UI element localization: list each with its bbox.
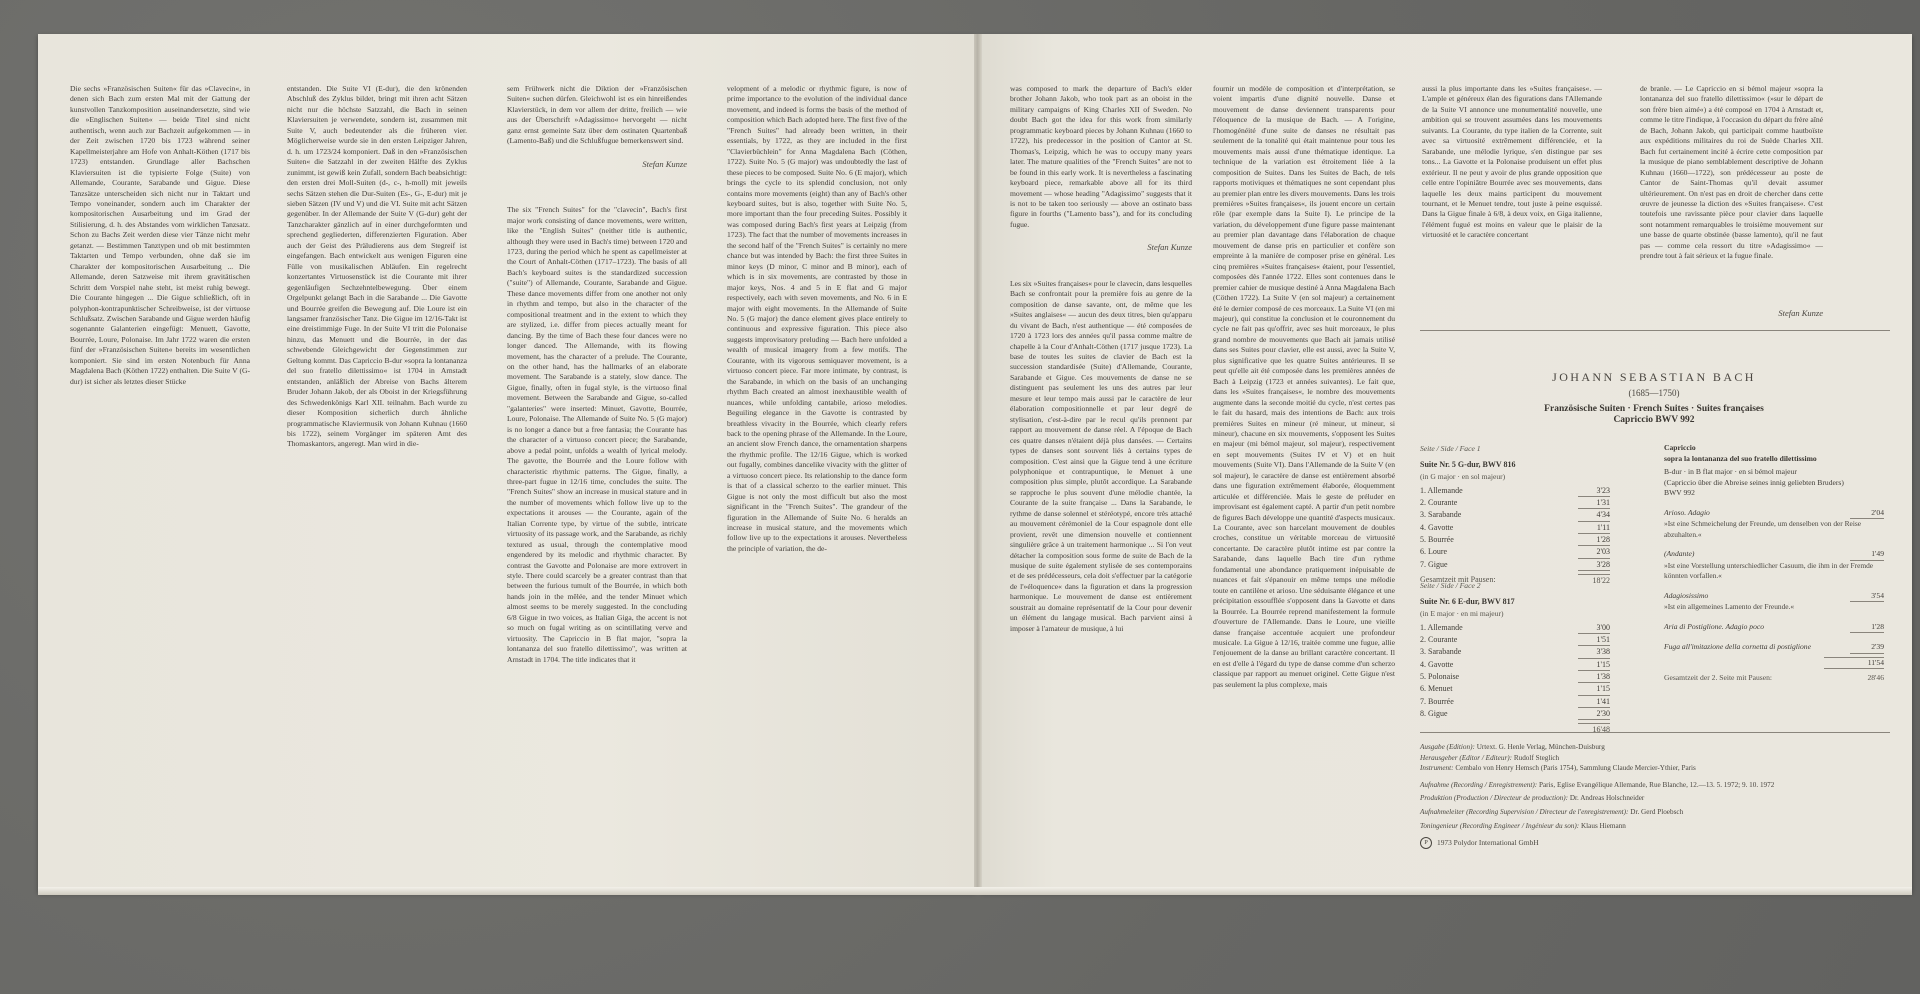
movement-name: Fuga all'imitazione della cornetta di po… — [1664, 642, 1824, 654]
track-row: 2. Courante1'51 — [1420, 634, 1610, 646]
track-row: 3. Sarabande3'38 — [1420, 646, 1610, 658]
side-total-row: 16'48 — [1420, 723, 1610, 735]
credit-value: Urtext. G. Henle Verlag, München-Duisbur… — [1477, 743, 1605, 751]
capriccio-tracklist: Capriccio sopra la lontananza del suo fr… — [1664, 443, 1884, 684]
text-column-fr-3: aussi la plus importante dans les »Suite… — [1422, 84, 1602, 332]
track-name: 3. Sarabande — [1420, 509, 1461, 521]
track-row: 3. Sarabande4'34 — [1420, 509, 1610, 521]
liner-notes-german-part3: sem Frühwerk nicht die Diktion der »Fran… — [507, 84, 687, 147]
side-2-tracklist: Seite / Side / Face 2 Suite Nr. 6 E-dur,… — [1420, 580, 1610, 736]
movement-quote: »Ist eine Schmeichelung der Freunde, um … — [1664, 519, 1884, 540]
copyright-text: 1973 Polydor International GmbH — [1437, 838, 1539, 849]
track-name: 1. Allemande — [1420, 485, 1463, 497]
liner-notes-english-part3: was composed to mark the departure of Ba… — [1010, 84, 1192, 230]
capriccio-name: Capriccio — [1664, 443, 1884, 454]
liner-notes-french-part1: Les six »Suites françaises« pour le clav… — [1010, 279, 1192, 634]
track-duration: 3'38 — [1578, 646, 1610, 658]
credit-value: Rudolf Steglich — [1514, 754, 1559, 762]
composer-dates: (1685—1750) — [1420, 388, 1888, 398]
tracklist-panel: JOHANN SEBASTIAN BACH (1685—1750) Franzö… — [1420, 370, 1888, 713]
work-title: Französische Suiten · French Suites · Su… — [1420, 404, 1888, 414]
track-name: 1. Allemande — [1420, 622, 1463, 634]
credit-key: Produktion (Production / Directeur de pr… — [1420, 794, 1568, 802]
track-row: 5. Polonaise1'38 — [1420, 671, 1610, 683]
track-row: 1. Allemande3'00 — [1420, 622, 1610, 634]
track-name: 8. Gigue — [1420, 708, 1448, 720]
work-subtitle: Capriccio BWV 992 — [1420, 415, 1888, 425]
capriccio-german-title: (Capriccio über die Abreise seines innig… — [1664, 478, 1884, 489]
credit-row: Herausgeber (Editor / Editeur): Rudolf S… — [1420, 753, 1890, 764]
track-row: 4. Gavotte1'11 — [1420, 522, 1610, 534]
side-1-tracklist: Seite / Side / Face 1 Suite Nr. 5 G-dur,… — [1420, 443, 1610, 586]
credit-key: Ausgabe (Edition): — [1420, 743, 1475, 751]
track-duration: 1'51 — [1578, 634, 1610, 646]
liner-notes-french-part4: de branle. — Le Capriccio en si bémol ma… — [1640, 84, 1823, 262]
suite-title: Suite Nr. 6 E-dur, BWV 817 — [1420, 596, 1610, 607]
movement-duration: 2'04 — [1850, 508, 1884, 520]
liner-notes-english-part1: The six "French Suites" for the "claveci… — [507, 205, 687, 665]
movement-name: Adagiosissimo — [1664, 591, 1708, 603]
movement-quote: »Ist ein allgemeines Lamento der Freunde… — [1664, 602, 1884, 613]
credit-row: Toningenieur (Recording Engineer / Ingén… — [1420, 821, 1890, 832]
author-signature: Stefan Kunze — [1010, 242, 1192, 252]
track-row: 8. Gigue2'30 — [1420, 708, 1610, 720]
divider-rule — [1420, 330, 1890, 331]
divider-rule — [1420, 732, 1890, 733]
credit-key: Toningenieur (Recording Engineer / Ingén… — [1420, 822, 1579, 830]
booklet-bottom-edge — [38, 887, 1912, 895]
text-column-de-1: Die sechs »Französischen Suiten« für das… — [70, 84, 250, 884]
credit-value: Paris, Eglise Evangélique Allemande, Rue… — [1539, 781, 1774, 789]
track-duration: 4'34 — [1578, 509, 1610, 521]
track-name: 5. Polonaise — [1420, 671, 1459, 683]
credit-row: Instrument: Cembalo von Henry Hemsch (Pa… — [1420, 763, 1890, 774]
credit-key: Instrument: — [1420, 764, 1454, 772]
liner-notes-german-part1: Die sechs »Französischen Suiten« für das… — [70, 84, 250, 387]
track-row: 4. Gavotte1'15 — [1420, 659, 1610, 671]
track-row: 1. Allemande3'23 — [1420, 485, 1610, 497]
movement-row: Adagiosissimo3'54 — [1664, 591, 1884, 603]
track-name: 6. Loure — [1420, 546, 1447, 558]
credit-value: Dr. Gerd Ploebsch — [1630, 808, 1683, 816]
track-duration: 1'15 — [1578, 683, 1610, 695]
total-duration: 16'48 — [1578, 723, 1610, 735]
movement-quote: »Ist eine Vorstellung unterschiedlicher … — [1664, 561, 1884, 582]
credit-key: Aufnahme (Recording / Enregistrement): — [1420, 781, 1537, 789]
liner-notes-french-part3: aussi la plus importante dans les »Suite… — [1422, 84, 1602, 241]
author-signature: Stefan Kunze — [507, 159, 687, 169]
signature-block: Stefan Kunze — [1640, 308, 1823, 324]
liner-notes-german-part2: entstanden. Die Suite VI (E-dur), die de… — [287, 84, 467, 450]
movement-name: Arioso. Adagio — [1664, 508, 1710, 520]
text-column-de-2: entstanden. Die Suite VI (E-dur), die de… — [287, 84, 467, 884]
track-duration: 1'11 — [1578, 522, 1610, 534]
capriccio-subtitle: sopra la lontananza del suo fratello dil… — [1664, 454, 1884, 465]
track-name: 3. Sarabande — [1420, 646, 1461, 658]
credit-value: Cembalo von Henry Hemsch (Paris 1754), S… — [1455, 764, 1696, 772]
capriccio-subtotal: 11'54 — [1824, 657, 1884, 670]
author-signature: Stefan Kunze — [1640, 308, 1823, 318]
track-name: 7. Gigue — [1420, 559, 1448, 571]
track-duration: 1'28 — [1578, 534, 1610, 546]
track-duration: 1'38 — [1578, 671, 1610, 683]
text-column-de-en: sem Frühwerk nicht die Diktion der »Fran… — [507, 84, 687, 884]
track-duration: 1'41 — [1578, 696, 1610, 708]
track-name: 7. Bourrée — [1420, 696, 1454, 708]
track-name: 2. Courante — [1420, 497, 1457, 509]
capriccio-bwv: BWV 992 — [1664, 488, 1884, 499]
track-duration: 1'31 — [1578, 497, 1610, 509]
track-duration: 3'23 — [1578, 485, 1610, 497]
movement-duration: 2'39 — [1850, 642, 1884, 654]
track-row: 2. Courante1'31 — [1420, 497, 1610, 509]
phonogram-p-icon: P — [1420, 837, 1432, 849]
suite-key: (in E major · en mi majeur) — [1420, 608, 1610, 619]
credit-key: Herausgeber (Editor / Editeur): — [1420, 754, 1512, 762]
movement-row: Fuga all'imitazione della cornetta di po… — [1664, 642, 1884, 654]
movement-duration: 3'54 — [1850, 591, 1884, 603]
movement-row: Arioso. Adagio2'04 — [1664, 508, 1884, 520]
credit-row: Aufnahmeleiter (Recording Supervision / … — [1420, 807, 1890, 818]
production-credits: Ausgabe (Edition): Urtext. G. Henle Verl… — [1420, 742, 1890, 849]
total-duration: 28'46 — [1867, 673, 1884, 684]
text-column-en-fr: was composed to mark the departure of Ba… — [1010, 84, 1192, 884]
liner-notes-english-part2: velopment of a melodic or rhythmic figur… — [727, 84, 907, 554]
track-name: 6. Menuet — [1420, 683, 1452, 695]
credit-key: Aufnahmeleiter (Recording Supervision / … — [1420, 808, 1628, 816]
track-duration: 3'28 — [1578, 559, 1610, 571]
track-row: 6. Loure2'03 — [1420, 546, 1610, 558]
suite-title: Suite Nr. 5 G-dur, BWV 816 — [1420, 459, 1610, 470]
movement-name: Aria di Postiglione. Adagio poco — [1664, 622, 1764, 634]
track-row: 6. Menuet1'15 — [1420, 683, 1610, 695]
side-label: Seite / Side / Face 1 — [1420, 443, 1610, 454]
phonographic-copyright: P 1973 Polydor International GmbH — [1420, 837, 1890, 849]
movement-duration: 1'49 — [1850, 549, 1884, 561]
credit-row: Ausgabe (Edition): Urtext. G. Henle Verl… — [1420, 742, 1890, 753]
credit-value: Klaus Hiemann — [1581, 822, 1626, 830]
capriccio-key: B-dur · in B flat major · en si bémol ma… — [1664, 467, 1884, 478]
total-label: Gesamtzeit der 2. Seite mit Pausen: — [1664, 673, 1772, 684]
track-duration: 1'15 — [1578, 659, 1610, 671]
booklet-spine-fold — [974, 34, 982, 894]
side-label: Seite / Side / Face 2 — [1420, 580, 1610, 591]
credit-value: Dr. Andreas Holschneider — [1570, 794, 1644, 802]
track-row: 7. Bourrée1'41 — [1420, 696, 1610, 708]
capriccio-subtotal-row: 11'54 — [1664, 657, 1884, 670]
track-name: 2. Courante — [1420, 634, 1457, 646]
text-column-fr-2: fournir un modèle de composition et d'in… — [1213, 84, 1395, 884]
track-name: 5. Bourrée — [1420, 534, 1454, 546]
liner-notes-french-part2: fournir un modèle de composition et d'in… — [1213, 84, 1395, 690]
movement-name: (Andante) — [1664, 549, 1694, 561]
suite-key: (in G major · en sol majeur) — [1420, 471, 1610, 482]
track-name: 4. Gavotte — [1420, 522, 1453, 534]
movement-duration: 1'28 — [1850, 622, 1884, 634]
track-name: 4. Gavotte — [1420, 659, 1453, 671]
credit-row: Aufnahme (Recording / Enregistrement): P… — [1420, 780, 1780, 791]
text-column-en-2: velopment of a melodic or rhythmic figur… — [727, 84, 907, 884]
track-duration: 3'00 — [1578, 622, 1610, 634]
track-row: 5. Bourrée1'28 — [1420, 534, 1610, 546]
composer-name: JOHANN SEBASTIAN BACH — [1420, 370, 1888, 385]
movement-row: Aria di Postiglione. Adagio poco1'28 — [1664, 622, 1884, 634]
movement-row: (Andante)1'49 — [1664, 549, 1884, 561]
text-column-fr-4: de branle. — Le Capriccio en si bémol ma… — [1640, 84, 1823, 316]
side-2-total-row: Gesamtzeit der 2. Seite mit Pausen:28'46 — [1664, 673, 1884, 684]
track-duration: 2'03 — [1578, 546, 1610, 558]
credit-row: Produktion (Production / Directeur de pr… — [1420, 793, 1890, 804]
track-row: 7. Gigue3'28 — [1420, 559, 1610, 571]
track-duration: 2'30 — [1578, 708, 1610, 720]
